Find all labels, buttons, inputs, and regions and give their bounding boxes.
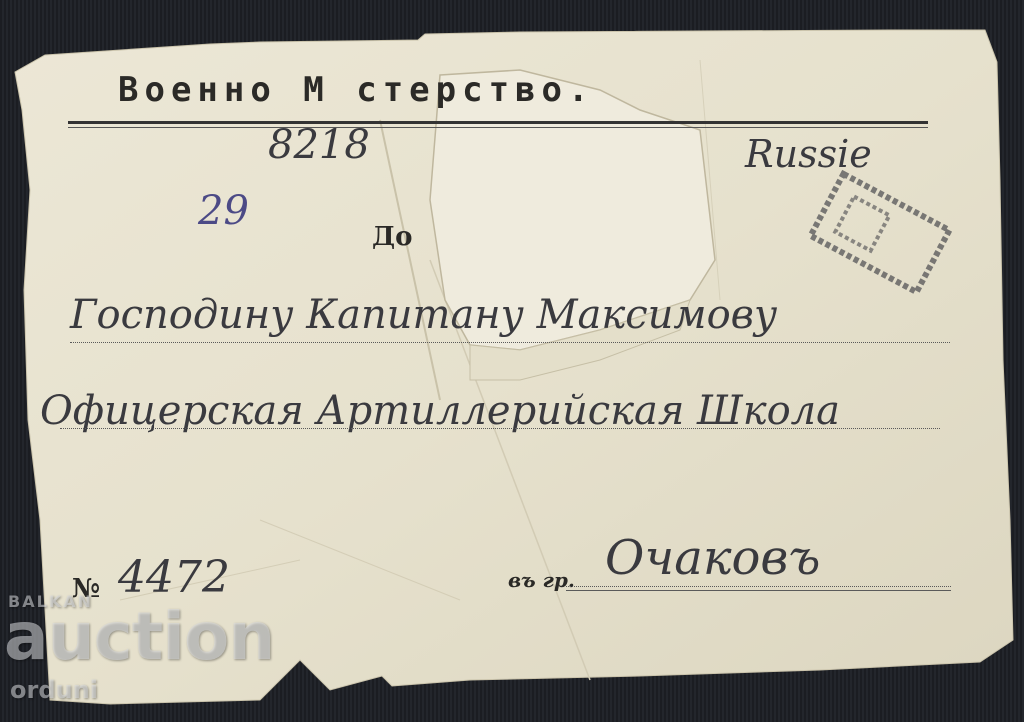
city-line [566,590,951,591]
reference-number: 8218 [268,122,370,168]
watermark-bottom: orduni [10,676,98,704]
letter-number: 4472 [118,552,230,603]
addressee-line: Господину Капитану Максимову [70,292,777,338]
address-line-1 [70,342,950,343]
address-line-2 [60,428,940,429]
header-rule-thin [68,127,928,128]
envelope: Военно М стерство. 8218 29 Russie До Гос… [0,0,1024,722]
watermark-main: auction [4,598,274,675]
city-label: въ гр. [508,568,575,592]
blue-pencil-note: 29 [198,188,249,234]
header-rule [68,121,928,124]
printed-header: Военно М стерство. [118,70,888,110]
to-label: До [372,222,412,252]
city-line-dotted [566,586,951,587]
city-name: Очаковъ [605,530,820,586]
